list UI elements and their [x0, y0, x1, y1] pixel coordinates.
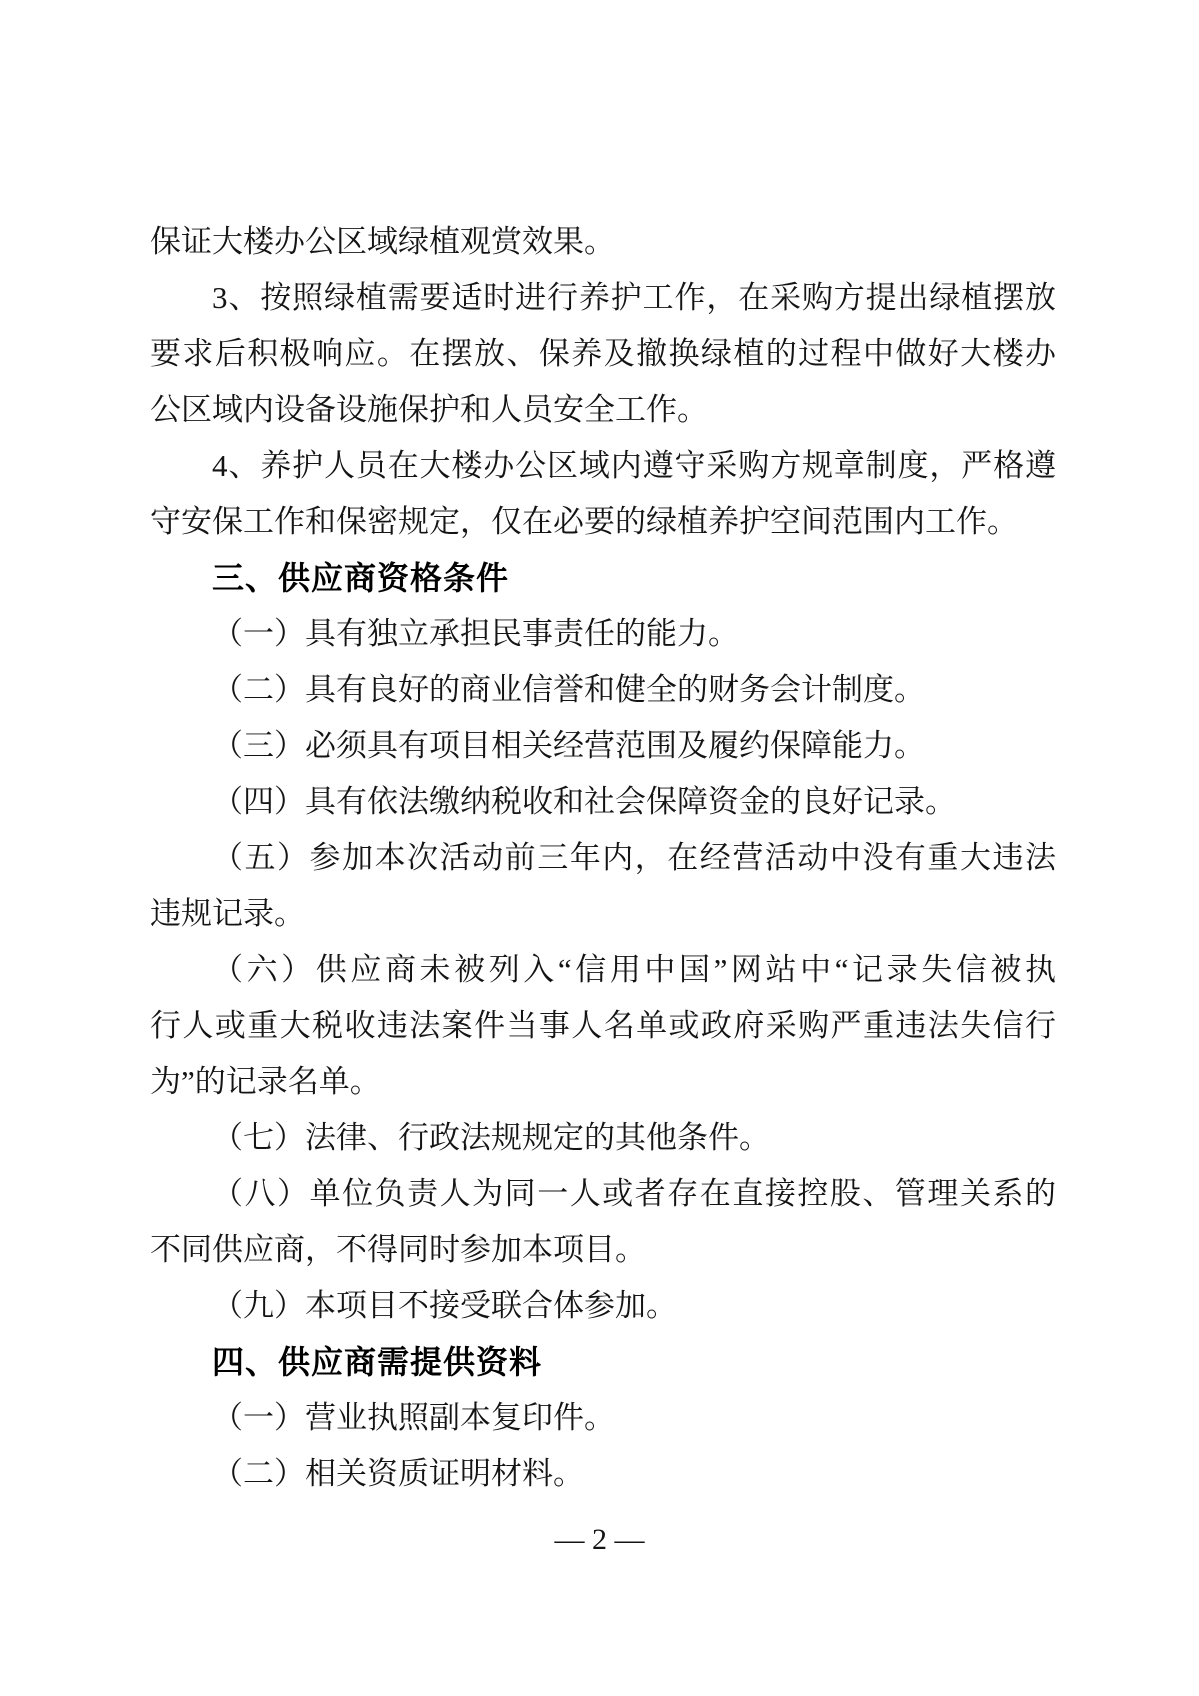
text-line: （二）具有良好的商业信誉和健全的财务会计制度。: [150, 662, 1056, 718]
document-page: 保证大楼办公区域绿植观赏效果。3、按照绿植需要适时进行养护工作，在采购方提出绿植…: [0, 0, 1199, 1696]
text-line: 违规记录。: [150, 886, 1056, 942]
paragraph: （二）具有良好的商业信誉和健全的财务会计制度。: [150, 662, 1056, 718]
paragraph: （一）具有独立承担民事责任的能力。: [150, 606, 1056, 662]
text-line: 保证大楼办公区域绿植观赏效果。: [150, 214, 1056, 270]
section-heading: 四、供应商需提供资料: [150, 1334, 1056, 1390]
document-body: 保证大楼办公区域绿植观赏效果。3、按照绿植需要适时进行养护工作，在采购方提出绿植…: [150, 214, 1056, 1502]
paragraph: 3、按照绿植需要适时进行养护工作，在采购方提出绿植摆放要求后积极响应。在摆放、保…: [150, 270, 1056, 438]
paragraph: （三）必须具有项目相关经营范围及履约保障能力。: [150, 718, 1056, 774]
paragraph: 保证大楼办公区域绿植观赏效果。: [150, 214, 1056, 270]
text-line: 3、按照绿植需要适时进行养护工作，在采购方提出绿植摆放: [150, 270, 1056, 326]
text-line: （九）本项目不接受联合体参加。: [150, 1278, 1056, 1334]
paragraph: （五）参加本次活动前三年内，在经营活动中没有重大违法违规记录。: [150, 830, 1056, 942]
text-line: （一）营业执照副本复印件。: [150, 1390, 1056, 1446]
paragraph: （六）供应商未被列入“信用中国”网站中“记录失信被执行人或重大税收违法案件当事人…: [150, 942, 1056, 1110]
paragraph: （九）本项目不接受联合体参加。: [150, 1278, 1056, 1334]
text-line: 四、供应商需提供资料: [150, 1334, 1056, 1390]
text-line: 不同供应商，不得同时参加本项目。: [150, 1222, 1056, 1278]
page-number: — 2 —: [0, 1512, 1199, 1568]
text-line: （二）相关资质证明材料。: [150, 1446, 1056, 1502]
text-line: （一）具有独立承担民事责任的能力。: [150, 606, 1056, 662]
section-heading: 三、供应商资格条件: [150, 550, 1056, 606]
text-line: （五）参加本次活动前三年内，在经营活动中没有重大违法: [150, 830, 1056, 886]
paragraph: （八）单位负责人为同一人或者存在直接控股、管理关系的不同供应商，不得同时参加本项…: [150, 1166, 1056, 1278]
text-line: （八）单位负责人为同一人或者存在直接控股、管理关系的: [150, 1166, 1056, 1222]
text-line: 行人或重大税收违法案件当事人名单或政府采购严重违法失信行: [150, 998, 1056, 1054]
text-line: 公区域内设备设施保护和人员安全工作。: [150, 382, 1056, 438]
paragraph: （二）相关资质证明材料。: [150, 1446, 1056, 1502]
text-line: （六）供应商未被列入“信用中国”网站中“记录失信被执: [150, 942, 1056, 998]
text-line: 要求后积极响应。在摆放、保养及撤换绿植的过程中做好大楼办: [150, 326, 1056, 382]
text-line: 为”的记录名单。: [150, 1054, 1056, 1110]
text-line: 守安保工作和保密规定，仅在必要的绿植养护空间范围内工作。: [150, 494, 1056, 550]
paragraph: 4、养护人员在大楼办公区域内遵守采购方规章制度，严格遵守安保工作和保密规定，仅在…: [150, 438, 1056, 550]
text-line: 三、供应商资格条件: [150, 550, 1056, 606]
text-line: （四）具有依法缴纳税收和社会保障资金的良好记录。: [150, 774, 1056, 830]
text-line: （七）法律、行政法规规定的其他条件。: [150, 1110, 1056, 1166]
text-line: 4、养护人员在大楼办公区域内遵守采购方规章制度，严格遵: [150, 438, 1056, 494]
paragraph: （七）法律、行政法规规定的其他条件。: [150, 1110, 1056, 1166]
text-line: （三）必须具有项目相关经营范围及履约保障能力。: [150, 718, 1056, 774]
paragraph: （四）具有依法缴纳税收和社会保障资金的良好记录。: [150, 774, 1056, 830]
paragraph: （一）营业执照副本复印件。: [150, 1390, 1056, 1446]
